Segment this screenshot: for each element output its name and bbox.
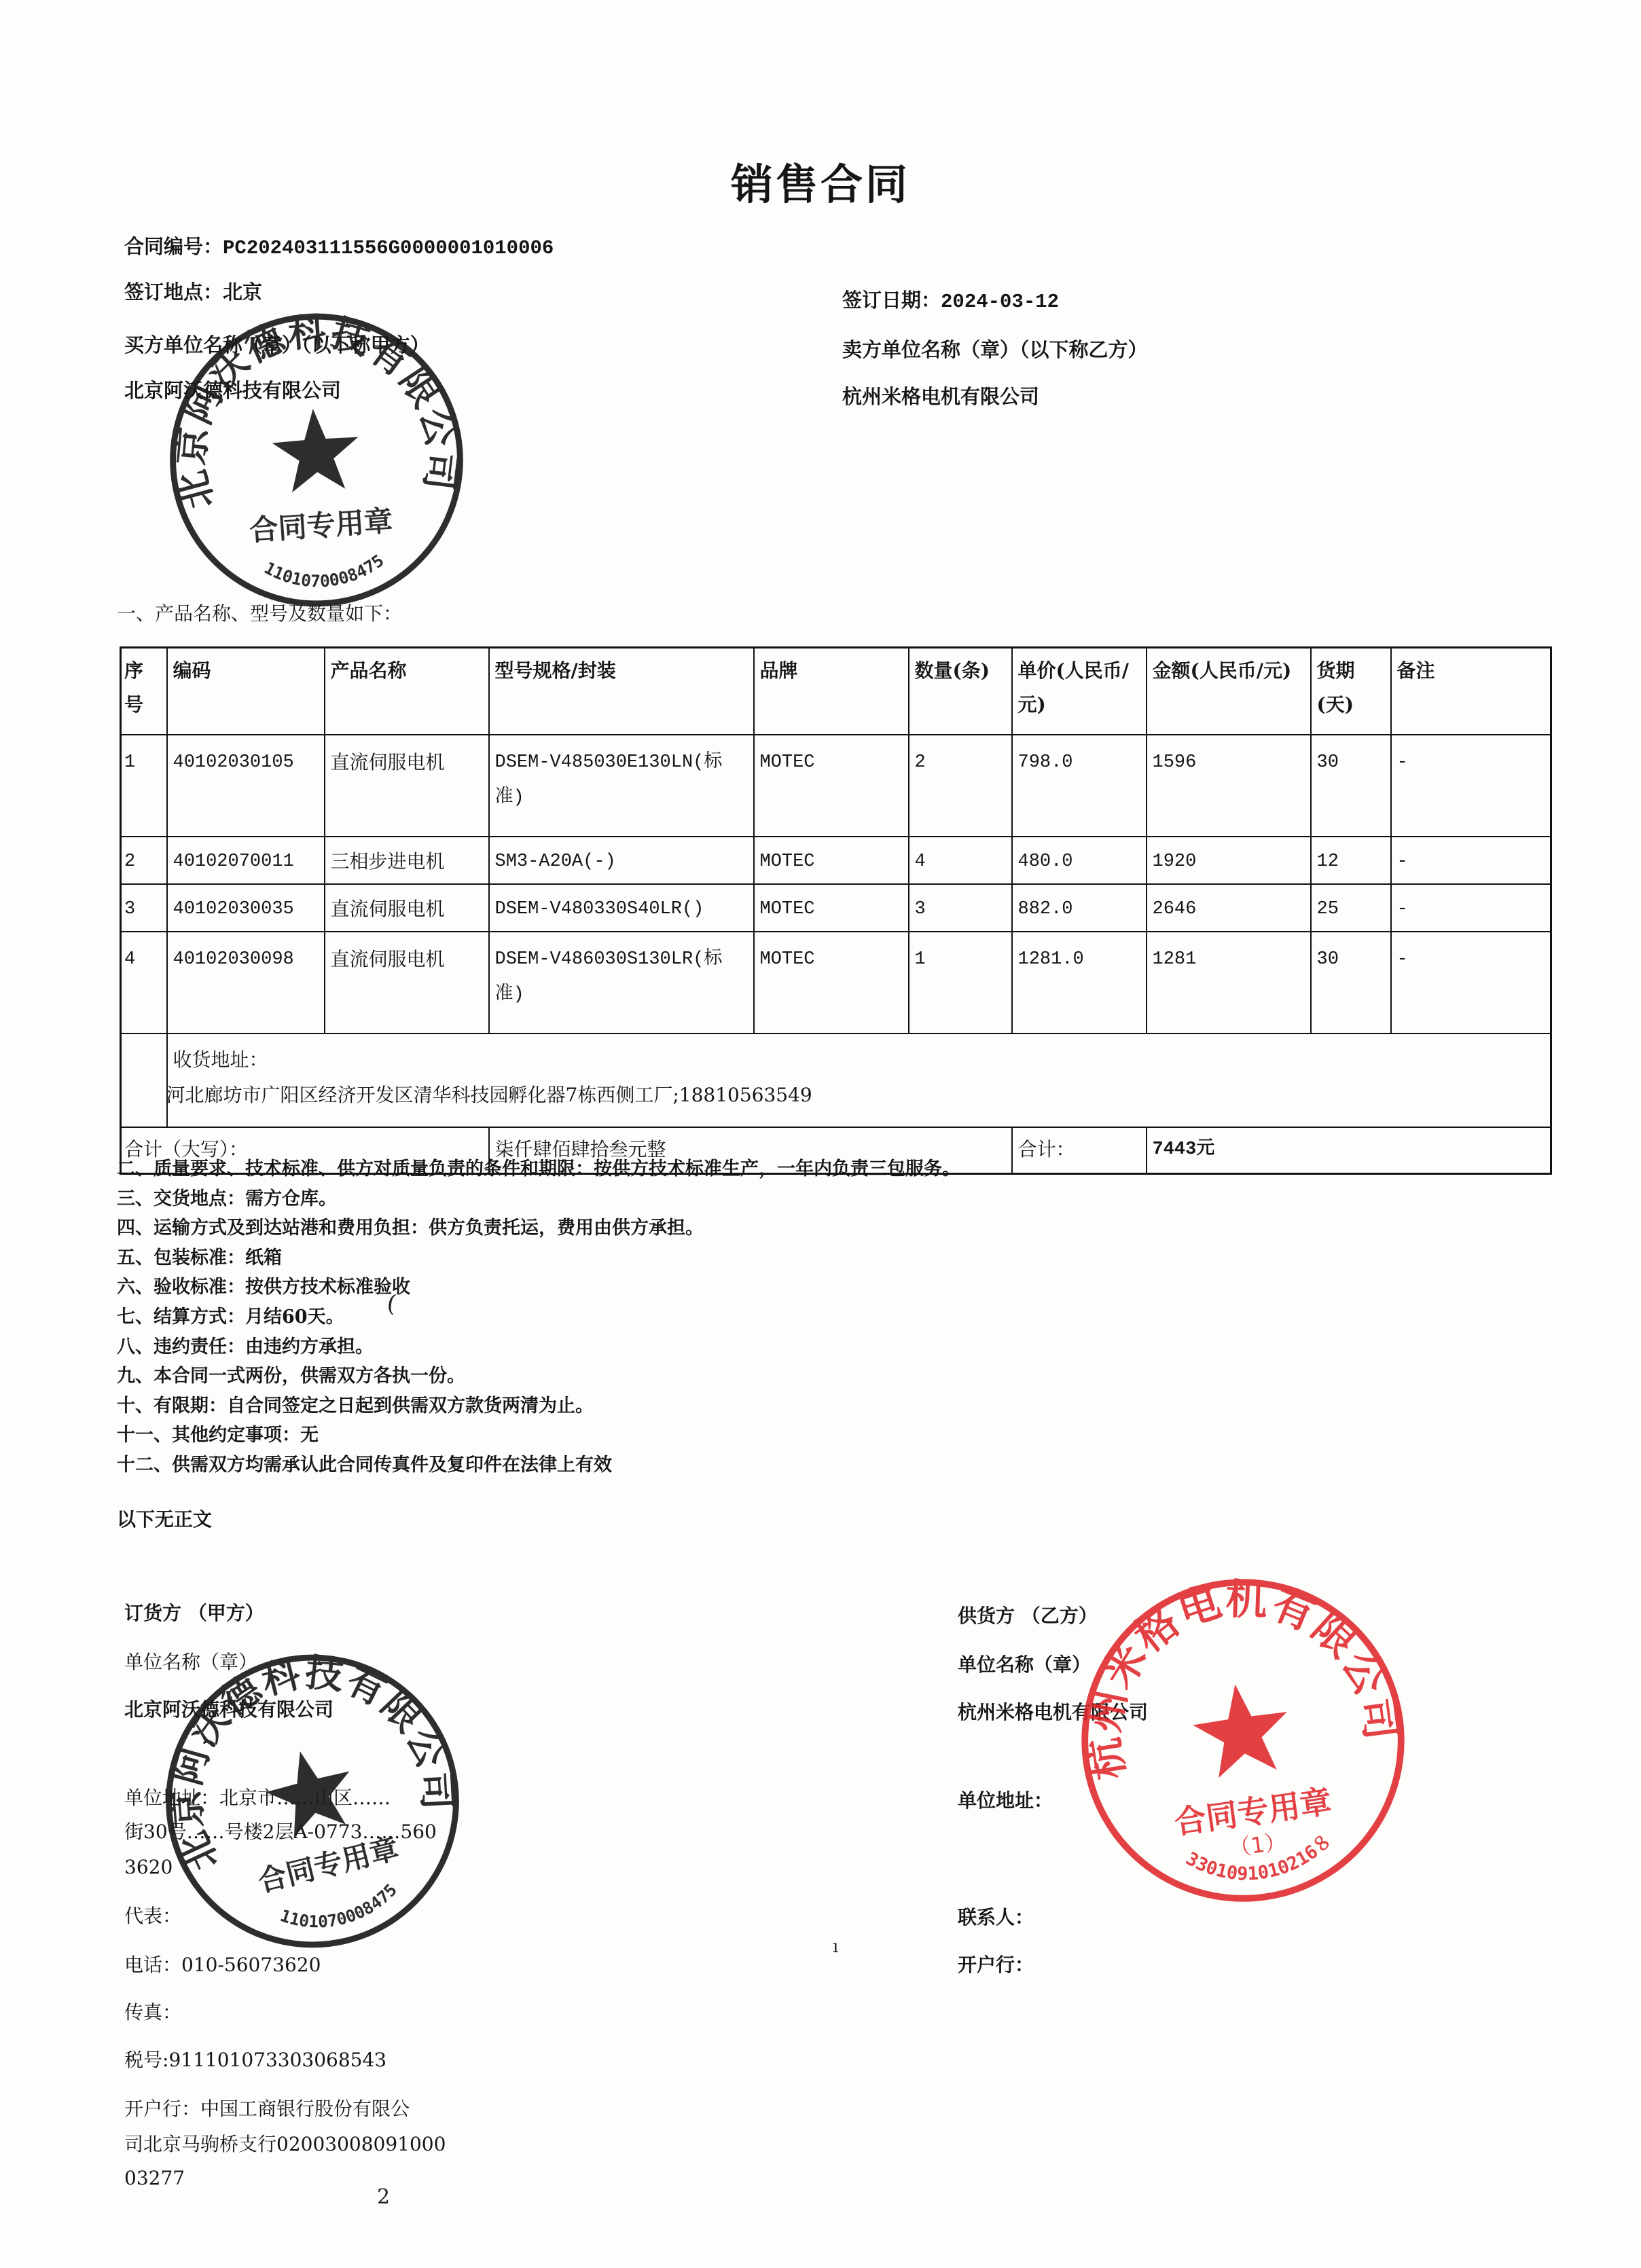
seller-name: 杭州米格电机有限公司	[842, 384, 1039, 409]
header-name: 产品名称	[325, 648, 489, 735]
buyer-address: 单位地址：北京市……山区……	[124, 1786, 391, 1810]
clause-4: 四、运输方式及到达站港和费用负担：供方负责托运，费用由供方承担。	[117, 1213, 960, 1243]
header-brand: 品牌	[754, 648, 909, 735]
total-label: 合计：	[1012, 1127, 1147, 1174]
cell-no: 2	[121, 837, 167, 884]
cell-no: 3	[121, 884, 167, 932]
header-lead-days: 货期(天)	[1311, 648, 1391, 735]
svg-text:3301091010216８: 3301091010216８	[1180, 1828, 1340, 1894]
seller-address-label: 单位地址：	[958, 1789, 1053, 1813]
svg-text:（1）: （1）	[1227, 1828, 1287, 1861]
buyer-address-line2: 街30号……号楼2层A-0773……560	[124, 1820, 437, 1844]
clause-7: 七、结算方式：月结60天。	[117, 1302, 960, 1332]
svg-text:合同专用章: 合同专用章	[249, 504, 394, 547]
clause-9: 九、本合同一式两份，供需双方各执一份。	[117, 1361, 960, 1391]
cell-lead-days: 30	[1311, 735, 1391, 837]
cell-amount: 1281	[1147, 932, 1311, 1034]
cell-model: DSEM-V486030S130LR(标准)	[489, 932, 754, 1034]
header-model: 型号规格/封装	[489, 648, 754, 735]
header-unit-price: 单价(人民币/元)	[1012, 648, 1147, 735]
cell-unit-price: 480.0	[1012, 837, 1147, 884]
cell-amount: 1596	[1147, 735, 1311, 837]
sign-place-label: 签订地点：	[124, 280, 223, 304]
sign-date-value: 2024-03-12	[941, 291, 1059, 313]
seller-sign-heading: 供货方 （乙方）	[958, 1604, 1098, 1628]
header-code: 编码	[167, 648, 325, 735]
cell-remark: -	[1391, 837, 1551, 884]
seller-unit-name: 杭州米格电机有限公司	[958, 1700, 1148, 1725]
seller-label: 卖方单位名称（章）（以下称乙方）	[842, 337, 1148, 362]
contract-number-value: PC202403111556G0000001010006	[223, 237, 554, 259]
buyer-label: 买方单位名称（章）（以下称甲方）	[124, 333, 430, 357]
buyer-address-line1: 北京市……山区……	[219, 1787, 391, 1809]
sign-place: 签订地点：北京	[124, 280, 262, 304]
cell-qty: 2	[909, 735, 1012, 837]
seller-unit-name-label: 单位名称（章）	[958, 1653, 1091, 1677]
cell-name: 直流伺服电机	[325, 735, 489, 837]
buyer-phone-label: 电话：	[124, 1954, 181, 1976]
buyer-sign-heading: 订货方 （甲方）	[124, 1601, 264, 1626]
table-row: 3 40102030035 直流伺服电机 DSEM-V480330S40LR()…	[121, 884, 1551, 932]
clause-11: 十一、其他约定事项：无	[117, 1421, 960, 1450]
clause-10: 十、有限期：自合同签定之日起到供需双方款货两清为止。	[117, 1391, 960, 1421]
buyer-bank: 开户行：中国工商银行股份有限公	[124, 2097, 410, 2121]
cell-qty: 1	[909, 932, 1012, 1034]
cell-brand: MOTEC	[754, 884, 909, 932]
delivery-address-value: 河北廊坊市广阳区经济开发区清华科技园孵化器7栋西侧工厂;18810563549	[166, 1078, 1545, 1113]
cell-model: DSEM-V485030E130LN(标准)	[489, 735, 754, 837]
sign-date: 签订日期：2024-03-12	[842, 288, 1059, 314]
pen-mark: ı	[833, 1937, 838, 1957]
buyer-bank-line3: 03277	[124, 2166, 185, 2191]
table-row: 2 40102070011 三相步进电机 SM3-A20A(-) MOTEC 4…	[121, 837, 1551, 884]
cell-no: 1	[121, 735, 167, 837]
buyer-unit-name-label: 单位名称（章）	[124, 1650, 257, 1675]
clause-5: 五、包装标准：纸箱	[117, 1243, 960, 1273]
buyer-tax-value: 91110107330306854З	[168, 2049, 386, 2071]
cell-name: 三相步进电机	[325, 837, 489, 884]
cell-amount: 1920	[1147, 837, 1311, 884]
clause-2: 二、质量要求、技术标准、供方对质量负责的条件和期限：按供方技术标准生产，一年内负…	[117, 1154, 960, 1184]
cell-model: SM3-A20A(-)	[489, 837, 754, 884]
delivery-address-row: 收货地址： 河北廊坊市广阳区经济开发区清华科技园孵化器7栋西侧工厂;188105…	[121, 1034, 1551, 1127]
delivery-address-label: 收货地址：	[173, 1042, 1545, 1078]
sign-place-value: 北京	[223, 280, 262, 304]
product-table: 序号 编码 产品名称 型号规格/封装 品牌 数量(条) 单价(人民币/元) 金额…	[120, 646, 1552, 1175]
buyer-tax-label: 税号:	[124, 2049, 168, 2071]
buyer-address-line3: 3620	[124, 1855, 173, 1880]
clause-8: 八、违约责任：由违约方承担。	[117, 1332, 960, 1362]
pen-mark: 2	[377, 2185, 390, 2209]
header-remark: 备注	[1391, 648, 1551, 735]
buyer-bank-line2: 司北京马驹桥支行02003008091000	[124, 2132, 446, 2157]
section-one-heading: 一、产品名称、型号及数量如下：	[117, 599, 402, 626]
cell-code: 40102030105	[167, 735, 325, 837]
cell-lead-days: 12	[1311, 837, 1391, 884]
table-row: 1 40102030105 直流伺服电机 DSEM-V485030E130LN(…	[121, 735, 1551, 837]
cell-model: DSEM-V480330S40LR()	[489, 884, 754, 932]
buyer-bank-line1: 中国工商银行股份有限公	[200, 2098, 410, 2120]
table-row: 4 40102030098 直流伺服电机 DSEM-V486030S130LR(…	[121, 932, 1551, 1034]
cell-code: 40102030035	[167, 884, 325, 932]
buyer-fax-label: 传真：	[124, 2000, 181, 2025]
buyer-address-label: 单位地址：	[124, 1787, 219, 1809]
cell-code: 40102070011	[167, 837, 325, 884]
sign-date-label: 签订日期：	[842, 289, 941, 312]
cell-remark: -	[1391, 884, 1551, 932]
svg-text:1101070008475: 1101070008475	[260, 550, 389, 596]
cell-unit-price: 798.0	[1012, 735, 1147, 837]
buyer-name: 北京阿沃德科技有限公司	[124, 378, 341, 403]
buyer-bank-label: 开户行：	[124, 2098, 200, 2120]
contract-number: 合同编号：PC202403111556G0000001010006	[124, 234, 554, 261]
cell-lead-days: 30	[1311, 932, 1391, 1034]
cell-qty: 4	[909, 837, 1012, 884]
buyer-rep-label: 代表：	[124, 1904, 181, 1928]
cell-remark: -	[1391, 735, 1551, 837]
cell-name: 直流伺服电机	[325, 884, 489, 932]
clause-3: 三、交货地点：需方仓库。	[117, 1184, 960, 1214]
no-more-text: 以下无正文	[117, 1505, 212, 1532]
cell-name: 直流伺服电机	[325, 932, 489, 1034]
cell-brand: MOTEC	[754, 837, 909, 884]
clause-6: 六、验收标准：按供方技术标准验收	[117, 1273, 960, 1302]
total-value: 7443元	[1147, 1127, 1551, 1174]
cell-amount: 2646	[1147, 884, 1311, 932]
svg-text:1101070008475: 1101070008475	[274, 1878, 405, 1943]
seller-bank-label: 开户行：	[958, 1953, 1034, 1977]
cell-unit-price: 882.0	[1012, 884, 1147, 932]
cell-brand: MOTEC	[754, 735, 909, 837]
contract-number-label: 合同编号：	[124, 235, 223, 258]
buyer-phone: 电话：010-56073620	[124, 1953, 321, 1977]
seller-contact-label: 联系人：	[958, 1905, 1034, 1930]
delivery-address-cell: 收货地址： 河北廊坊市广阳区经济开发区清华科技园孵化器7栋西侧工厂;188105…	[167, 1034, 1551, 1127]
svg-text:合同专用章: 合同专用章	[1172, 1783, 1334, 1842]
clause-12: 十二、供需双方均需承认此合同传真件及复印件在法律上有效	[117, 1450, 960, 1480]
svg-text:杭州米格电机有限公司: 杭州米格电机有限公司	[1060, 1554, 1406, 1782]
buyer-unit-name: 北京阿沃德科技有限公司	[124, 1698, 333, 1722]
cell-qty: 3	[909, 884, 1012, 932]
seller-stamp: 杭州米格电机有限公司合同专用章（1）3301091010216８	[1051, 1552, 1434, 1929]
header-amount: 金额(人民币/元)	[1147, 648, 1311, 735]
header-qty: 数量(条)	[909, 648, 1012, 735]
buyer-tax: 税号:91110107330306854З	[124, 2048, 386, 2072]
cell-no: 4	[121, 932, 167, 1034]
cell-lead-days: 25	[1311, 884, 1391, 932]
header-no: 序号	[121, 648, 167, 735]
buyer-phone-value: 010-56073620	[181, 1954, 321, 1976]
cell-brand: MOTEC	[754, 932, 909, 1034]
cell-remark: -	[1391, 932, 1551, 1034]
contract-clauses: 二、质量要求、技术标准、供方对质量负责的条件和期限：按供方技术标准生产，一年内负…	[117, 1154, 960, 1480]
document-title: 销售合同	[0, 151, 1641, 211]
cell-unit-price: 1281.0	[1012, 932, 1147, 1034]
table-header-row: 序号 编码 产品名称 型号规格/封装 品牌 数量(条) 单价(人民币/元) 金额…	[121, 648, 1551, 735]
cell-code: 40102030098	[167, 932, 325, 1034]
seller-seal-icon: 杭州米格电机有限公司合同专用章（1）3301091010216８	[1051, 1552, 1434, 1929]
